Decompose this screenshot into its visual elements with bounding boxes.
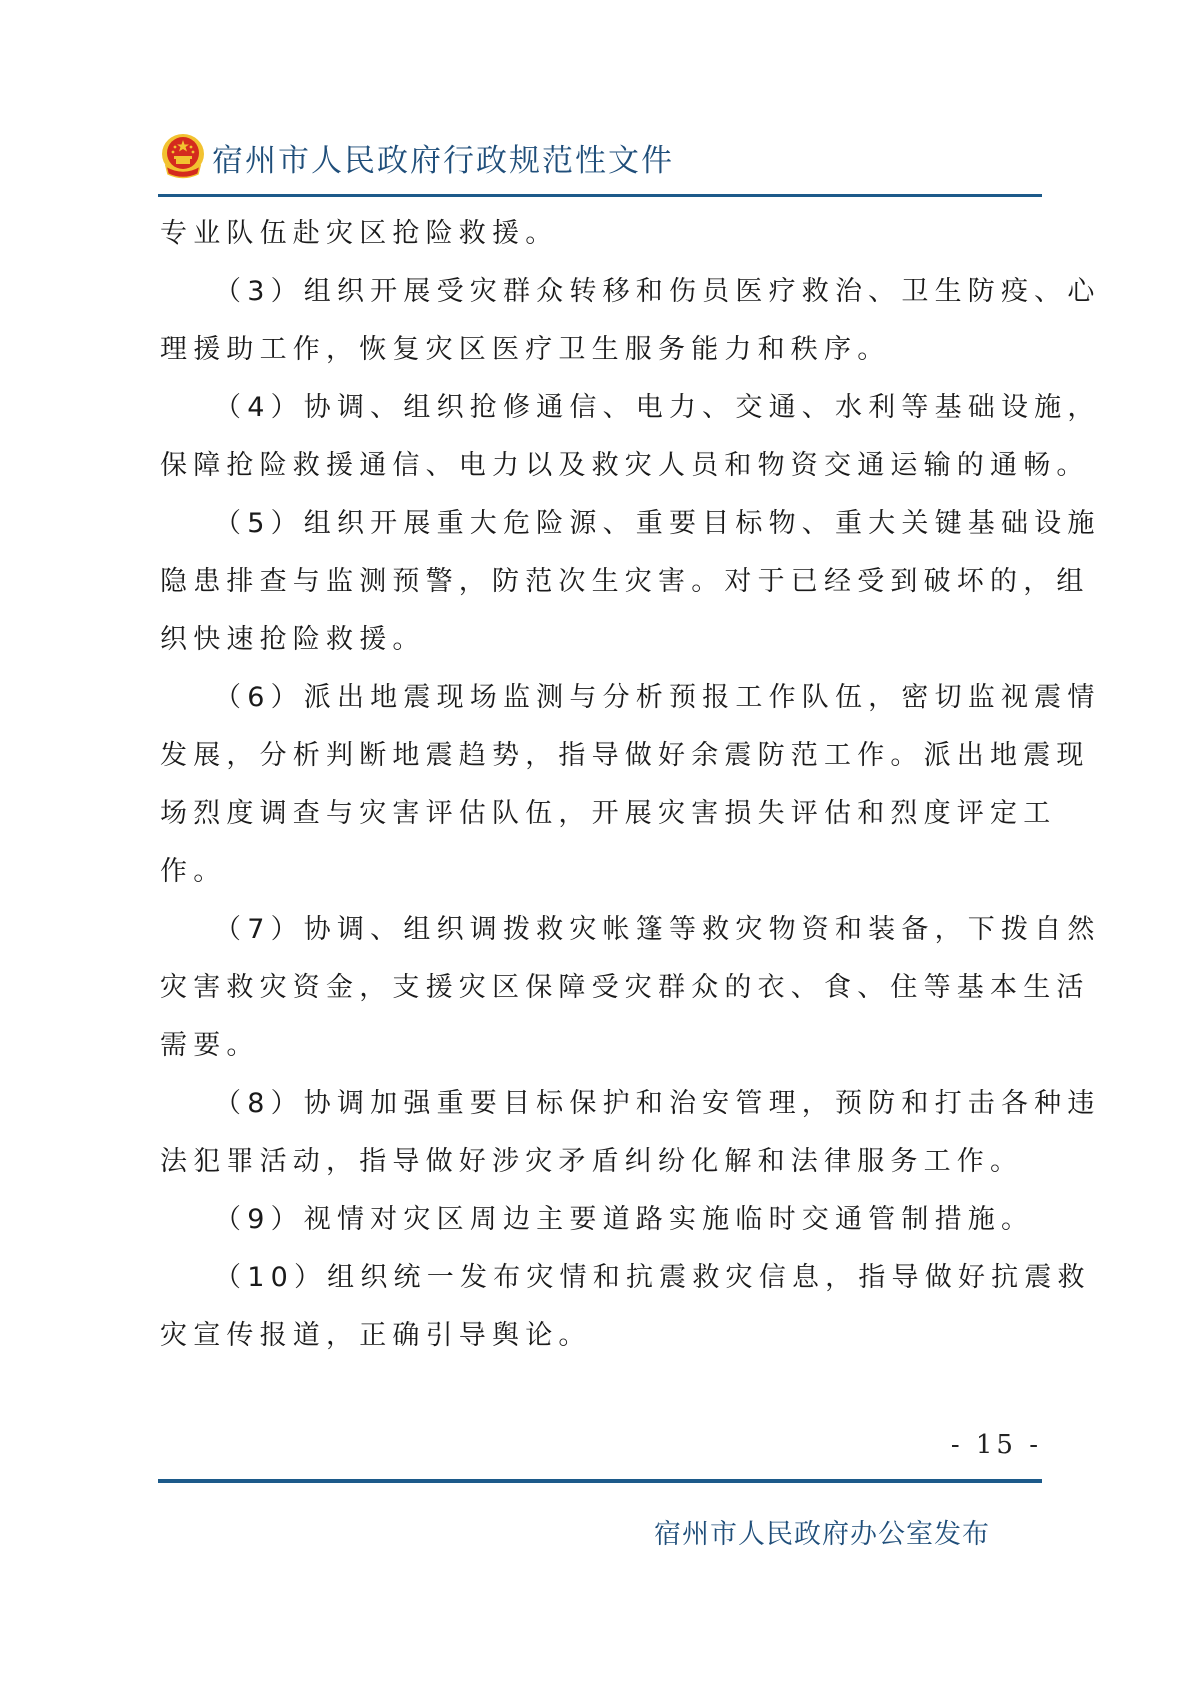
national-emblem-icon (160, 132, 206, 182)
document-body: 专业队伍赴灾区抢险救援。 （3）组织开展受灾群众转移和伤员医疗救治、卫生防疫、心… (160, 205, 1042, 1365)
text-line: 需要。 (160, 1017, 1042, 1075)
text-line: （8）协调加强重要目标保护和治安管理，预防和打击各种违 (160, 1075, 1042, 1133)
text-line: （10）组织统一发布灾情和抗震救灾信息，指导做好抗震救 (160, 1249, 1042, 1307)
text-line: 法犯罪活动，指导做好涉灾矛盾纠纷化解和法律服务工作。 (160, 1133, 1042, 1191)
text-line: 场烈度调查与灾害评估队伍，开展灾害损失评估和烈度评定工 (160, 785, 1042, 843)
text-line: （6）派出地震现场监测与分析预报工作队伍，密切监视震情 (160, 669, 1042, 727)
text-line: （7）协调、组织调拨救灾帐篷等救灾物资和装备，下拨自然 (160, 901, 1042, 959)
text-line: 灾害救灾资金，支援灾区保障受灾群众的衣、食、住等基本生活 (160, 959, 1042, 1017)
text-line: 保障抢险救援通信、电力以及救灾人员和物资交通运输的通畅。 (160, 437, 1042, 495)
document-series-title: 宿州市人民政府行政规范性文件 (212, 135, 674, 180)
page-number: - 15 - (951, 1430, 1042, 1460)
publisher-label: 宿州市人民政府办公室发布 (654, 1512, 990, 1551)
text-line: （9）视情对灾区周边主要道路实施临时交通管制措施。 (160, 1191, 1042, 1249)
text-line: 作。 (160, 843, 1042, 901)
text-line: 隐患排查与监测预警，防范次生灾害。对于已经受到破坏的，组 (160, 553, 1042, 611)
text-line: 灾宣传报道，正确引导舆论。 (160, 1307, 1042, 1365)
text-line: 理援助工作，恢复灾区医疗卫生服务能力和秩序。 (160, 321, 1042, 379)
header-divider (158, 194, 1042, 197)
text-line: （5）组织开展重大危险源、重要目标物、重大关键基础设施 (160, 495, 1042, 553)
text-line: 专业队伍赴灾区抢险救援。 (160, 205, 1042, 263)
text-line: 发展，分析判断地震趋势，指导做好余震防范工作。派出地震现 (160, 727, 1042, 785)
text-line: （3）组织开展受灾群众转移和伤员医疗救治、卫生防疫、心 (160, 263, 1042, 321)
document-header: 宿州市人民政府行政规范性文件 (160, 127, 674, 187)
text-line: 织快速抢险救援。 (160, 611, 1042, 669)
footer-divider (158, 1479, 1042, 1483)
text-line: （4）协调、组织抢修通信、电力、交通、水利等基础设施， (160, 379, 1042, 437)
